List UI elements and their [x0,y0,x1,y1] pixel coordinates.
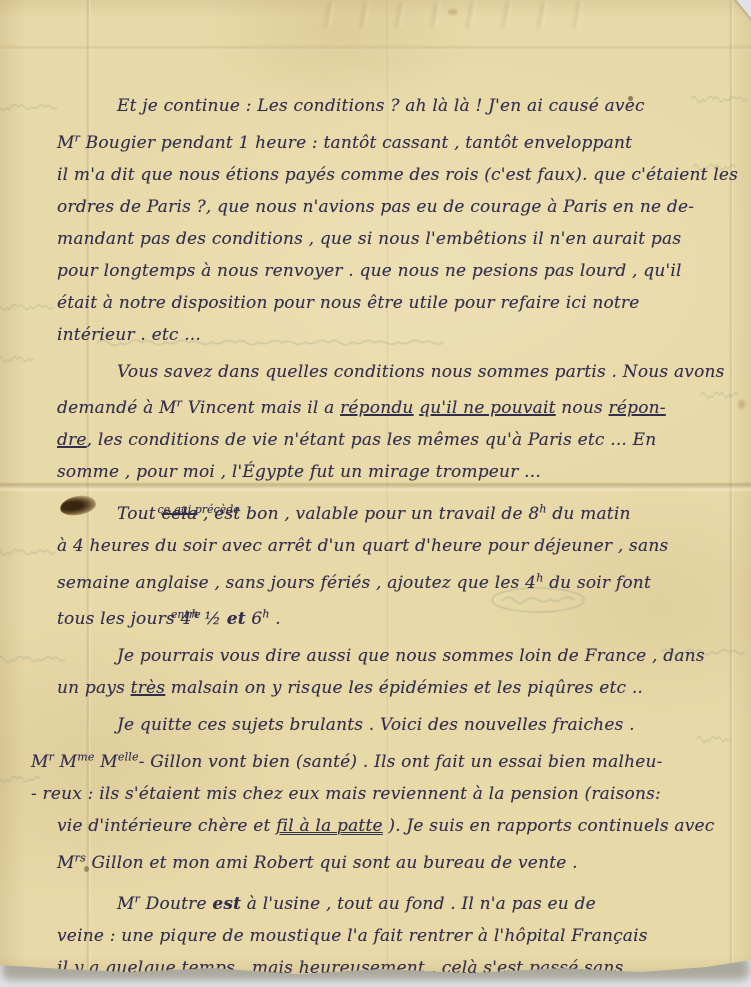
letter-text-segment: 6 [246,609,263,629]
letter-paragraph: Et je continue : Les conditions ? ah là … [57,90,733,351]
letter-text-segment: il m'a dit que nous étions payés comme d… [57,165,738,185]
letter-line: pour longtemps à nous renvoyer . que nou… [57,255,733,287]
letter-text-segment: M [31,752,49,772]
letter-text-segment: Vincent mais il a [182,398,340,418]
letter-line: Mr Bougier pendant 1 heure : tantôt cass… [57,122,733,159]
letter-text-segment: ½ [199,609,227,629]
letter-text-segment: nous [556,398,609,418]
letter-text-segment: était à notre disposition pour nous être… [57,293,640,313]
letter-text-segment: h [262,609,269,629]
letter-text-segment: qu'il ne pouvait [419,398,555,418]
letter-text-segment: h [536,573,543,593]
letter-text-segment: à 4 heures du soir avec arrêt d'un quart… [57,536,668,556]
letter-text-segment: ). Je suis en rapports continuels avec [383,816,715,836]
letter-line: un pays très malsain on y risque les épi… [57,672,733,704]
letter-paragraph: Vous savez dans quelles conditions nous … [57,356,733,489]
letter-paragraph: Je pourrais vous dire aussi que nous som… [57,640,733,704]
letter-text-segment: M [57,133,75,153]
letter-line: demandé à Mr Vincent mais il a répondu q… [57,388,733,425]
letter-text-segment: - Gillon vont bien (santé) . Ils ont fai… [139,752,663,772]
letter-line: Vous savez dans quelles conditions nous … [57,356,733,388]
letter-text-segment: , les conditions de vie n'étant pas les … [87,430,657,450]
letter-text-segment: très [131,678,166,698]
letter-body: Et je continue : Les conditions ? ah là … [57,90,733,987]
letter-text-segment: Gillon et mon ami Robert qui sont au bur… [86,853,578,873]
letter-text-segment: . [270,609,281,629]
letter-text-segment: M [117,894,135,914]
letter-text-segment: me [77,752,94,772]
letter-text-segment: - reux : ils s'étaient mis chez eux mais… [31,784,661,804]
letter-line: Mr Mme Melle- Gillon vont bien (santé) .… [31,741,733,778]
letter-paragraph: Je quitte ces sujets brulants . Voici de… [57,709,733,878]
letter-text-segment: 4 [180,609,191,629]
letter-text-segment: M [57,853,75,873]
letter-text-segment: pour longtemps à nous renvoyer . que nou… [57,261,682,281]
letter-line: - reux : ils s'étaient mis chez eux mais… [31,778,733,810]
letter-text-segment: celace qui précède [161,504,197,524]
letter-text-segment: Bougier pendant 1 heure : tantôt cassant… [80,133,632,153]
letter-text-segment: elle [118,752,139,772]
letter-text-segment: demandé à M [57,398,177,418]
letter-text-segment: tous les jours [57,609,175,629]
letter-line: était à notre disposition pour nous être… [57,287,733,319]
letter-text-segment: M [95,752,118,772]
letter-text-segment: du matin [547,504,631,524]
letter-text-segment: Je quitte ces sujets brulants . Voici de… [117,715,635,735]
letter-line: semaine anglaise , sans jours fériés , a… [57,562,733,599]
paper-stain [738,400,745,409]
letter-line: à 4 heures du soir avec arrêt d'un quart… [57,530,733,562]
letter-line: intérieur . etc ... [57,319,733,351]
letter-text-segment: fil à la patte [276,816,383,836]
letter-line: tous les jours entre4h ½ et 6h . [57,599,733,636]
letter-line: somme , pour moi , l'Égypte fut un mirag… [57,456,733,488]
bleedthrough-ghost-writing [0,352,50,365]
bleedthrough-ghost-writing [0,300,54,313]
letter-text-segment: rs [75,853,86,873]
letter-line: Mrs Gillon et mon ami Robert qui sont au… [57,842,733,879]
letter-text-segment: répon- [609,398,666,418]
letter-text-segment: répondu [340,398,413,418]
letter-paragraph: Mr Doutre est à l'usine , tout au fond .… [57,884,733,985]
letter-text-segment: h [539,504,546,524]
letter-text-segment: , est bon , valable pour un travail de 8 [197,504,539,524]
letter-line: veine : une piqure de moustique l'a fait… [57,920,733,952]
letter-text-segment: dre [57,430,87,450]
torn-corner-top-right [725,0,751,30]
bleedthrough-ghost-writing [0,545,56,558]
letter-text-segment: somme , pour moi , l'Égypte fut un mirag… [57,462,541,482]
letter-paper: Et je continue : Les conditions ? ah là … [0,0,751,976]
letter-text-segment: Et je continue : Les conditions ? ah là … [117,96,645,116]
letter-text-segment: h [192,609,199,629]
paper-wrinkle [300,2,600,28]
letter-line: Et je continue : Les conditions ? ah là … [57,90,733,122]
letter-line: Je pourrais vous dire aussi que nous som… [57,640,733,672]
letter-text-segment: est [212,894,241,914]
letter-text-segment: et [227,609,246,629]
letter-text-segment: malsain on y risque les épidémies et les… [165,678,643,698]
letter-line: dre, les conditions de vie n'étant pas l… [57,424,733,456]
letter-line: il m'a dit que nous étions payés comme d… [57,159,733,191]
letter-line: ordres de Paris ?, que nous n'avions pas… [57,191,733,223]
letter-text-segment: mandant pas des conditions , que si nous… [57,229,681,249]
letter-text-segment: intérieur . etc ... [57,325,201,345]
letter-text-segment: M [54,752,77,772]
letter-text-segment: vie d'intérieure chère et [57,816,276,836]
bleedthrough-ghost-writing [0,100,58,113]
letter-text-segment: Doutre [140,894,212,914]
fold-crease-horizontal-top [0,46,751,52]
letter-text-segment: Vous savez dans quelles conditions nous … [117,362,725,382]
letter-line: mandant pas des conditions , que si nous… [57,223,733,255]
letter-text-segment: Je pourrais vous dire aussi que nous som… [117,646,705,666]
letter-paragraph: Tout celace qui précède , est bon , vala… [57,493,733,635]
letter-text-segment: Tout [117,504,161,524]
letter-text-segment: du soir font [544,573,651,593]
scanned-letter-page: Et je continue : Les conditions ? ah là … [0,0,751,987]
letter-line: Mr Doutre est à l'usine , tout au fond .… [57,884,733,921]
letter-line: Je quitte ces sujets brulants . Voici de… [57,709,733,741]
letter-text-segment: à l'usine , tout au fond . Il n'a pas eu… [241,894,596,914]
letter-text-segment: veine : une piqure de moustique l'a fait… [57,926,648,946]
letter-text-segment: un pays [57,678,131,698]
letter-text-segment: semaine anglaise , sans jours fériés , a… [57,573,536,593]
letter-line: vie d'intérieure chère et fil à la patte… [57,810,733,842]
letter-text-segment: ordres de Paris ?, que nous n'avions pas… [57,197,694,217]
letter-line: Tout celace qui précède , est bon , vala… [57,493,733,530]
